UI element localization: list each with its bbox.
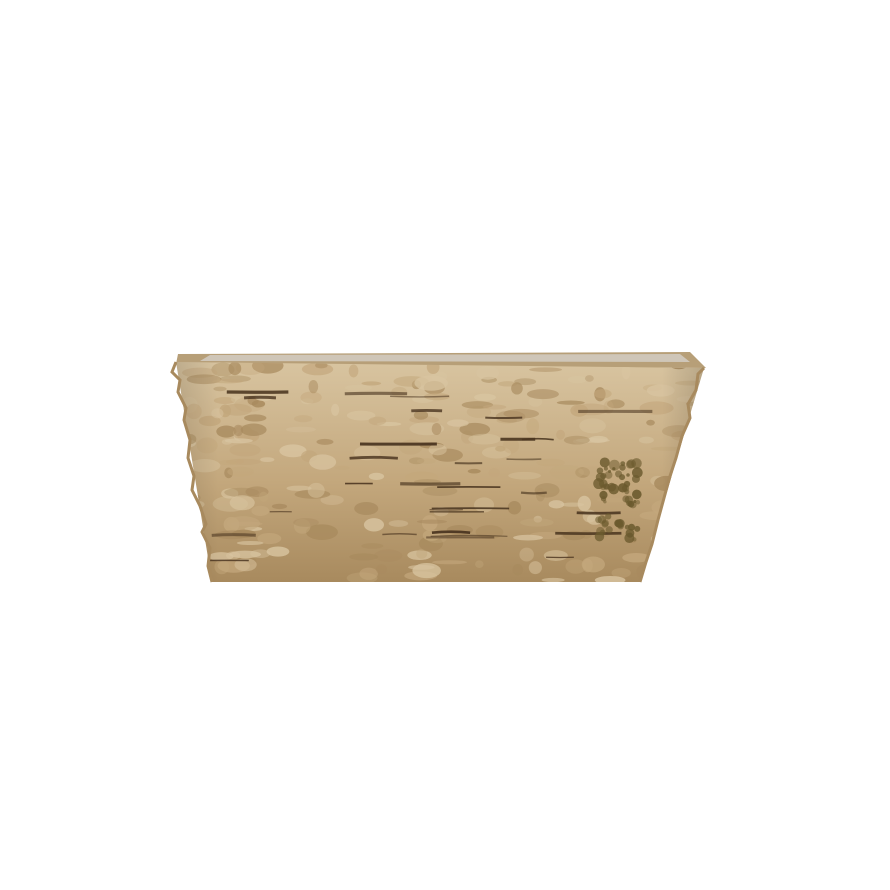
product-photo <box>0 0 890 890</box>
planter-body <box>169 358 717 585</box>
